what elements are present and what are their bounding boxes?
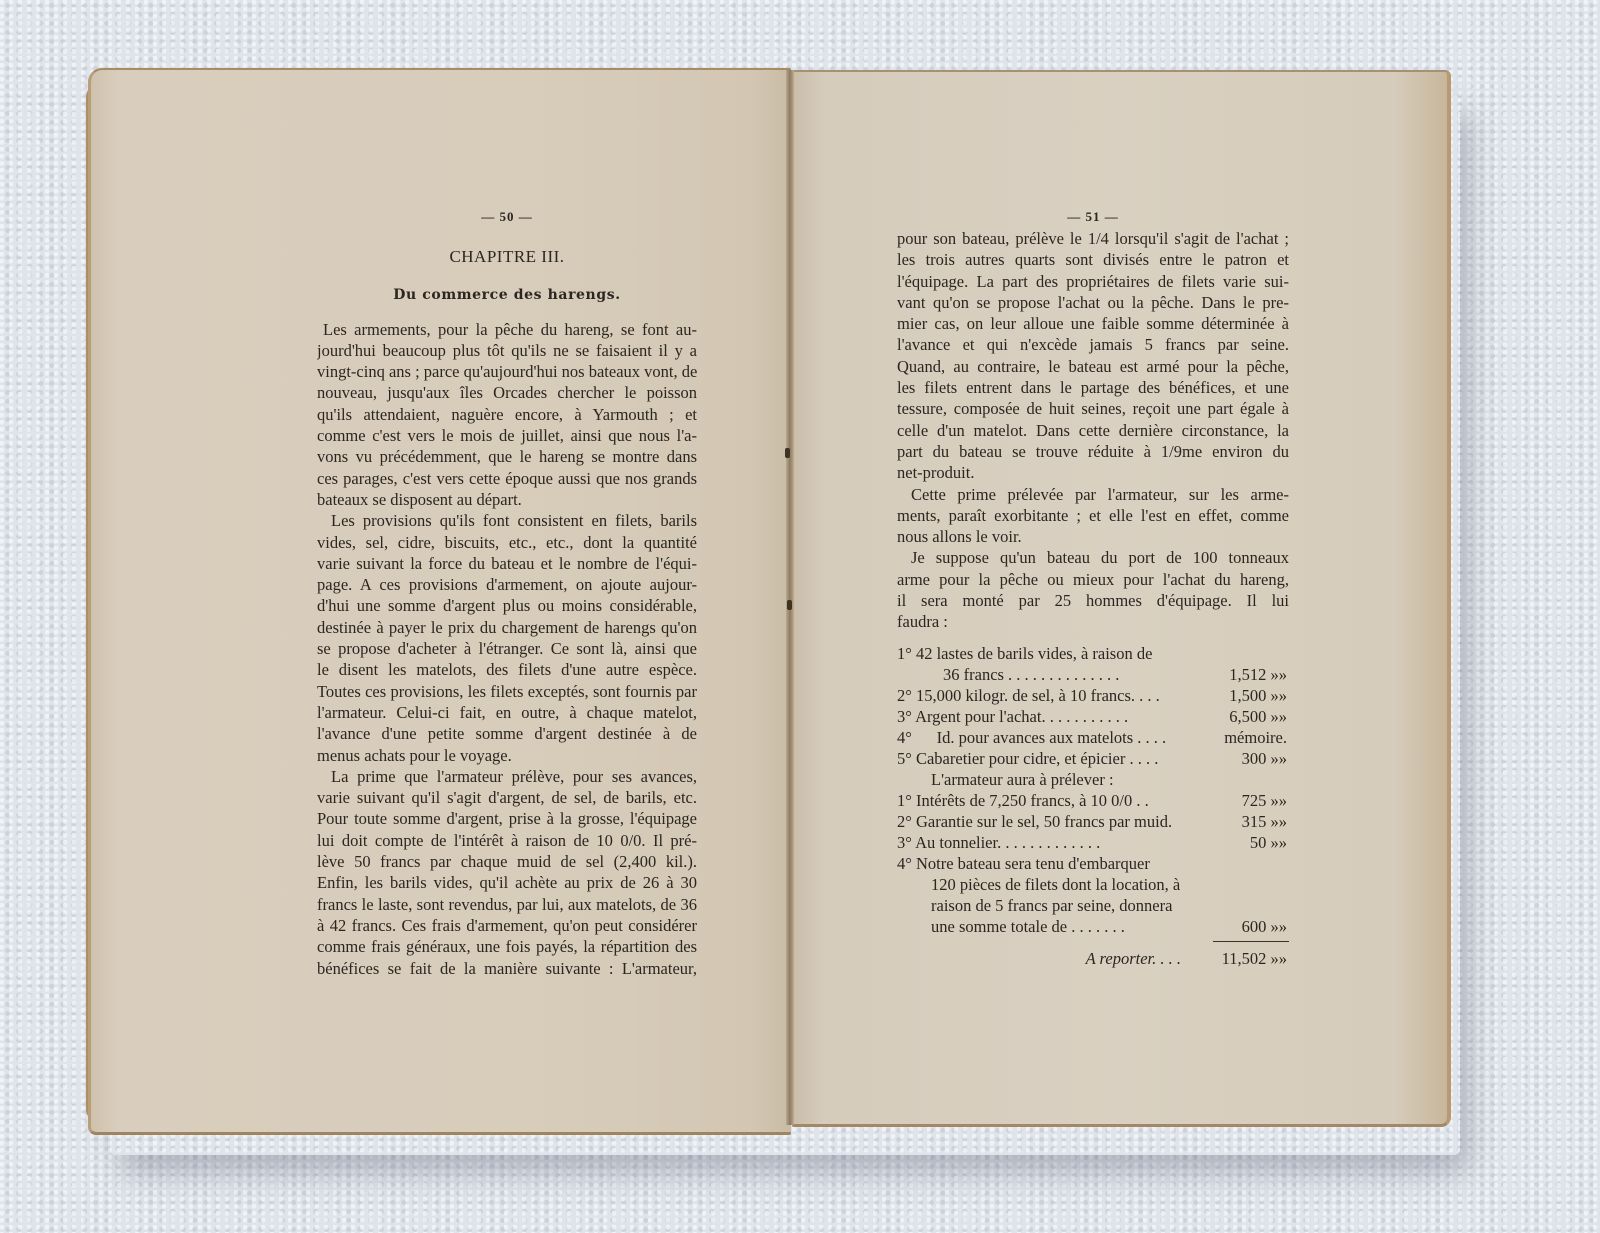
text-line: Quand, au contraire, le bateau est armé … — [897, 356, 1289, 377]
ledger-row: 2° Garantie sur le sel, 50 francs par mu… — [897, 811, 1289, 832]
ledger-description: 4° Id. pour avances aux matelots . . . . — [897, 727, 1195, 748]
book-gutter — [786, 70, 794, 1125]
text-line: à 42 francs. Ces frais d'armement, qu'on… — [317, 915, 697, 936]
ledger-row: 36 francs . . . . . . . . . . . . . . 1,… — [897, 664, 1289, 685]
text-line: ments, paraît exorbitante ; et elle l'es… — [897, 505, 1289, 526]
text-line: varie suivant la force du bateau et le n… — [317, 553, 697, 574]
text-line: menus achats pour le voyage. — [317, 745, 697, 766]
text-line: net-produit. — [897, 462, 1289, 483]
ledger-description: une somme totale de . . . . . . . — [897, 916, 1195, 937]
text-line: Cette prime prélevée par l'armateur, sur… — [897, 484, 1289, 505]
text-line: celle d'un matelot. Dans cette dernière … — [897, 420, 1289, 441]
ledger-description: 3° Au tonnelier. . . . . . . . . . . . . — [897, 832, 1195, 853]
ledger-amount: 725 »» — [1195, 790, 1289, 811]
text-line: jourd'hui beaucoup plus tôt qu'ils ne se… — [317, 340, 697, 361]
ledger-row: 120 pièces de filets dont la location, à — [897, 874, 1289, 895]
ledger-amount: 50 »» — [1195, 832, 1289, 853]
text-line: francs le laste, sont revendus, par lui,… — [317, 894, 697, 915]
ledger-description: 2° 15,000 kilogr. de sel, à 10 francs. .… — [897, 685, 1195, 706]
text-line: le disent les matelots, des filets d'une… — [317, 659, 697, 680]
ledger-description: 3° Argent pour l'achat. . . . . . . . . … — [897, 706, 1195, 727]
ledger-description: 5° Cabaretier pour cidre, et épicier . .… — [897, 748, 1195, 769]
text-line: tessure, composée de huit seines, reçoit… — [897, 398, 1289, 419]
ledger-description: 36 francs . . . . . . . . . . . . . . — [897, 664, 1195, 685]
text-line: l'armateur. Celui-ci fait, en outre, à c… — [317, 702, 697, 723]
total-amount: 11,502 »» — [1195, 948, 1289, 969]
ledger-row: 3° Au tonnelier. . . . . . . . . . . . .… — [897, 832, 1289, 853]
text-line: vingt-cinq ans ; parce qu'aujourd'hui no… — [317, 361, 697, 382]
open-book: — 50 — CHAPITRE III. Du commerce des har… — [0, 0, 1600, 1233]
ledger-amount: mémoire. — [1195, 727, 1289, 748]
binding-stitch — [787, 600, 792, 610]
text-line: Pour toute somme d'argent, prise à la gr… — [317, 808, 697, 829]
binding-stitch — [785, 448, 790, 458]
text-line: bateaux se disposent au départ. — [317, 489, 697, 510]
ledger-row: 5° Cabaretier pour cidre, et épicier . .… — [897, 748, 1289, 769]
text-line: Je suppose qu'un bateau du port de 100 t… — [897, 547, 1289, 568]
ledger-row: une somme totale de . . . . . . . 600 »» — [897, 916, 1289, 937]
right-page-text: — 51 — pour son bateau, prélève le 1/4 l… — [897, 206, 1289, 969]
text-line: La prime que l'armateur prélève, pour se… — [317, 766, 697, 787]
ledger-description: raison de 5 francs par seine, donnera — [897, 895, 1195, 916]
body-text: Les armements, pour la pêche du hareng, … — [317, 319, 697, 979]
chapter-title: CHAPITRE III. — [317, 246, 697, 267]
text-line: Toutes ces provisions, les filets except… — [317, 681, 697, 702]
text-line: vons vu précédemment, que le hareng se m… — [317, 446, 697, 467]
ledger-amount: 600 »» — [1195, 916, 1289, 937]
text-line: qu'ils attendaient, naguère encore, à Ya… — [317, 404, 697, 425]
section-title: Du commerce des harengs. — [317, 285, 697, 306]
total-label: A reporter. . . . — [897, 948, 1195, 969]
text-line: mier cas, on leur alloue une faible somm… — [897, 313, 1289, 334]
text-line: arme pour la pêche ou mieux pour l'achat… — [897, 569, 1289, 590]
text-line: varie suivant qu'il s'agit d'argent, de … — [317, 787, 697, 808]
text-line: Enfin, les barils vides, qu'il achète au… — [317, 872, 697, 893]
ledger-amount: 300 »» — [1195, 748, 1289, 769]
text-line: d'hui une somme d'argent plus ou moins c… — [317, 595, 697, 616]
text-line: se propose d'acheter à l'étranger. Ce so… — [317, 638, 697, 659]
text-line: l'avance et qui n'excède jamais 5 francs… — [897, 334, 1289, 355]
ledger-subheading: L'armateur aura à prélever : — [897, 769, 1289, 790]
ledger-row: 4° Id. pour avances aux matelots . . . .… — [897, 727, 1289, 748]
text-line: comme frais généraux, une fois payés, la… — [317, 936, 697, 957]
text-line: Les provisions qu'ils font consistent en… — [317, 510, 697, 531]
ledger-description: 4° Notre bateau sera tenu d'embarquer — [897, 853, 1195, 874]
text-line: vides, sel, cidre, biscuits, etc., etc.,… — [317, 532, 697, 553]
ledger-amount: 315 »» — [1195, 811, 1289, 832]
expense-ledger: 1° 42 lastes de barils vides, à raison d… — [897, 643, 1289, 969]
left-page-text: — 50 — CHAPITRE III. Du commerce des har… — [317, 206, 697, 979]
text-line: nous allons le voir. — [897, 526, 1289, 547]
ledger-row: 4° Notre bateau sera tenu d'embarquer — [897, 853, 1289, 874]
ledger-row: 1° 42 lastes de barils vides, à raison d… — [897, 643, 1289, 664]
page-number: — 51 — — [897, 206, 1289, 228]
text-line: lève 50 francs par chaque muid de sel (2… — [317, 851, 697, 872]
text-line: part du bateau se trouve réduite à 1/9me… — [897, 441, 1289, 462]
ledger-description: 2° Garantie sur le sel, 50 francs par mu… — [897, 811, 1195, 832]
text-line: les trois autres quarts sont divisés ent… — [897, 249, 1289, 270]
ledger-total-row: A reporter. . . . 11,502 »» — [897, 948, 1289, 969]
ledger-description: 1° 42 lastes de barils vides, à raison d… — [897, 643, 1195, 664]
page-number: — 50 — — [317, 206, 697, 228]
ledger-description: 1° Intérêts de 7,250 francs, à 10 0/0 . … — [897, 790, 1195, 811]
ledger-row: 1° Intérêts de 7,250 francs, à 10 0/0 . … — [897, 790, 1289, 811]
text-line: page. A ces provisions d'armement, on aj… — [317, 574, 697, 595]
ledger-description: 120 pièces de filets dont la location, à — [897, 874, 1195, 895]
text-line: destinée à payer le prix du chargement d… — [317, 617, 697, 638]
text-line: bénéfices se fait de la manière suivante… — [317, 958, 697, 979]
text-line: vant qu'on se propose l'achat ou la pêch… — [897, 292, 1289, 313]
sum-rule — [1213, 941, 1289, 942]
text-line: pour son bateau, prélève le 1/4 lorsqu'i… — [897, 228, 1289, 249]
ledger-row: raison de 5 francs par seine, donnera — [897, 895, 1289, 916]
text-line: les filets entrent dans le partage des b… — [897, 377, 1289, 398]
ledger-row: 3° Argent pour l'achat. . . . . . . . . … — [897, 706, 1289, 727]
text-line: faudra : — [897, 611, 1289, 632]
text-line: nouveau, jusqu'aux îles Orcades chercher… — [317, 382, 697, 403]
ledger-amount: 1,512 »» — [1195, 664, 1289, 685]
ledger-amount: 1,500 »» — [1195, 685, 1289, 706]
text-line: il sera monté par 25 hommes d'équipage. … — [897, 590, 1289, 611]
text-line: lui doit compte de l'intérêt à raison de… — [317, 830, 697, 851]
text-line: ces parages, c'est vers cette époque aus… — [317, 468, 697, 489]
ledger-row: 2° 15,000 kilogr. de sel, à 10 francs. .… — [897, 685, 1289, 706]
body-text: pour son bateau, prélève le 1/4 lorsqu'i… — [897, 228, 1289, 633]
ledger-description: L'armateur aura à prélever : — [897, 769, 1195, 790]
text-line: comme c'est vers le mois de juillet, ain… — [317, 425, 697, 446]
ledger-amount: 6,500 »» — [1195, 706, 1289, 727]
text-line: l'équipage. La part des propriétaires de… — [897, 271, 1289, 292]
text-line: l'avance d'une petite somme d'argent des… — [317, 723, 697, 744]
text-line: Les armements, pour la pêche du hareng, … — [317, 319, 697, 340]
